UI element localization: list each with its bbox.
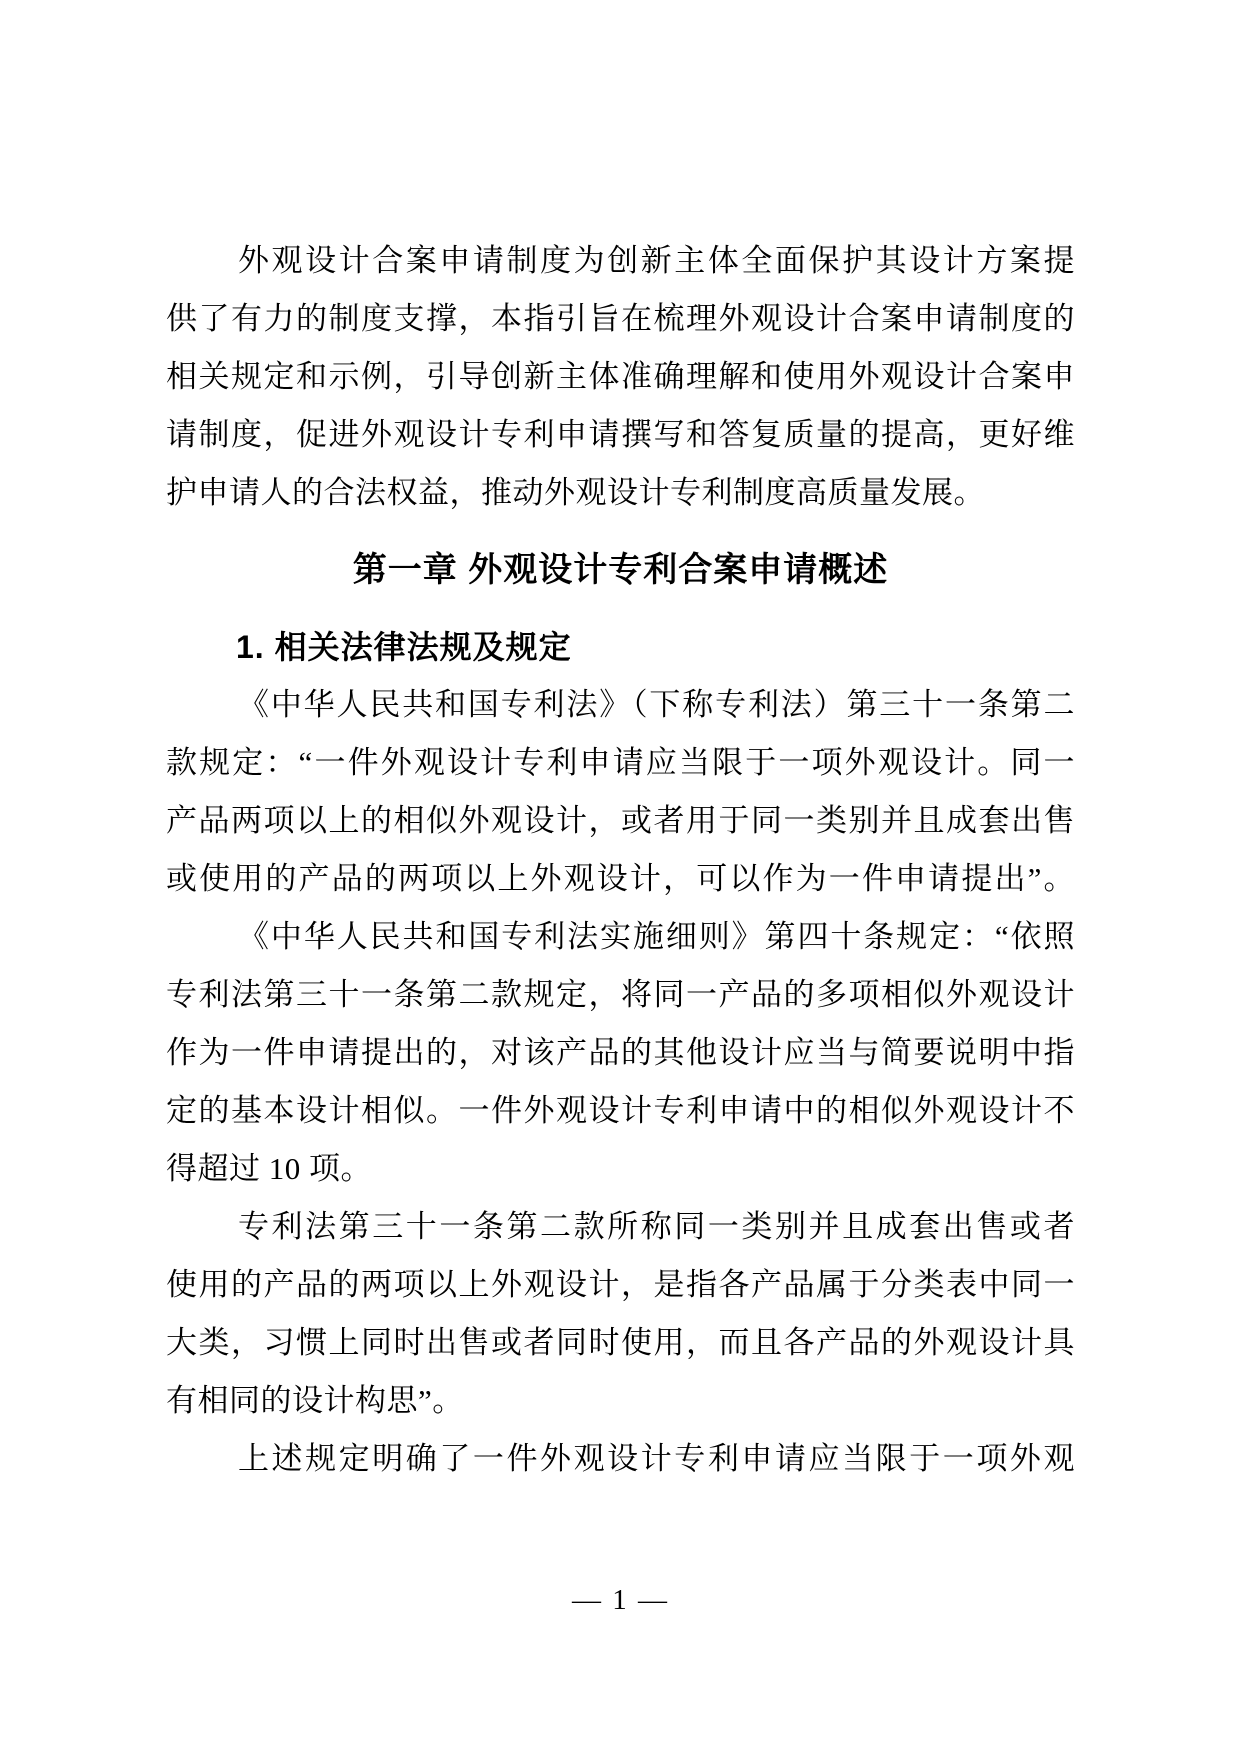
section-heading: 1. 相关法律法规及规定	[166, 618, 1075, 676]
text-line: 得超过 10 项。	[166, 1140, 1075, 1198]
text-line: 相关规定和示例，引导创新主体准确理解和使用外观设计合案申	[166, 348, 1075, 406]
text-line: 《中华人民共和国专利法》（下称专利法）第三十一条第二	[166, 676, 1075, 734]
text-line: 或使用的产品的两项以上外观设计，可以作为一件申请提出”。	[166, 850, 1075, 908]
text-line: 有相同的设计构思”。	[166, 1372, 1075, 1430]
text-line: 专利法第三十一条第二款所称同一类别并且成套出售或者	[166, 1198, 1075, 1256]
page-number: — 1 —	[0, 1578, 1241, 1622]
intro-paragraph: 外观设计合案申请制度为创新主体全面保护其设计方案提供了有力的制度支撑，本指引旨在…	[166, 232, 1075, 522]
paragraph-implementing-rules: 《中华人民共和国专利法实施细则》第四十条规定：“依照专利法第三十一条第二款规定，…	[166, 908, 1075, 1198]
text-line: 护申请人的合法权益，推动外观设计专利制度高质量发展。	[166, 464, 1075, 522]
text-line: 大类，习惯上同时出售或者同时使用，而且各产品的外观设计具	[166, 1314, 1075, 1372]
text-line: 供了有力的制度支撑，本指引旨在梳理外观设计合案申请制度的	[166, 290, 1075, 348]
text-line: 专利法第三十一条第二款规定，将同一产品的多项相似外观设计	[166, 966, 1075, 1024]
document-body: 外观设计合案申请制度为创新主体全面保护其设计方案提供了有力的制度支撑，本指引旨在…	[166, 232, 1075, 1488]
paragraph-conclusion: 上述规定明确了一件外观设计专利申请应当限于一项外观	[166, 1430, 1075, 1488]
text-line: 款规定：“一件外观设计专利申请应当限于一项外观设计。同一	[166, 734, 1075, 792]
text-line: 作为一件申请提出的，对该产品的其他设计应当与简要说明中指	[166, 1024, 1075, 1082]
document-page: 外观设计合案申请制度为创新主体全面保护其设计方案提供了有力的制度支撑，本指引旨在…	[0, 0, 1241, 1755]
text-line: 上述规定明确了一件外观设计专利申请应当限于一项外观	[166, 1430, 1075, 1488]
chapter-heading: 第一章 外观设计专利合案申请概述	[166, 541, 1075, 599]
text-line: 请制度，促进外观设计专利申请撰写和答复质量的提高，更好维	[166, 406, 1075, 464]
text-line: 定的基本设计相似。一件外观设计专利申请中的相似外观设计不	[166, 1082, 1075, 1140]
text-line: 《中华人民共和国专利法实施细则》第四十条规定：“依照	[166, 908, 1075, 966]
paragraph-set-products: 专利法第三十一条第二款所称同一类别并且成套出售或者使用的产品的两项以上外观设计，…	[166, 1198, 1075, 1430]
text-line: 外观设计合案申请制度为创新主体全面保护其设计方案提	[166, 232, 1075, 290]
paragraph-patent-law: 《中华人民共和国专利法》（下称专利法）第三十一条第二款规定：“一件外观设计专利申…	[166, 676, 1075, 908]
text-line: 产品两项以上的相似外观设计，或者用于同一类别并且成套出售	[166, 792, 1075, 850]
text-line: 使用的产品的两项以上外观设计，是指各产品属于分类表中同一	[166, 1256, 1075, 1314]
